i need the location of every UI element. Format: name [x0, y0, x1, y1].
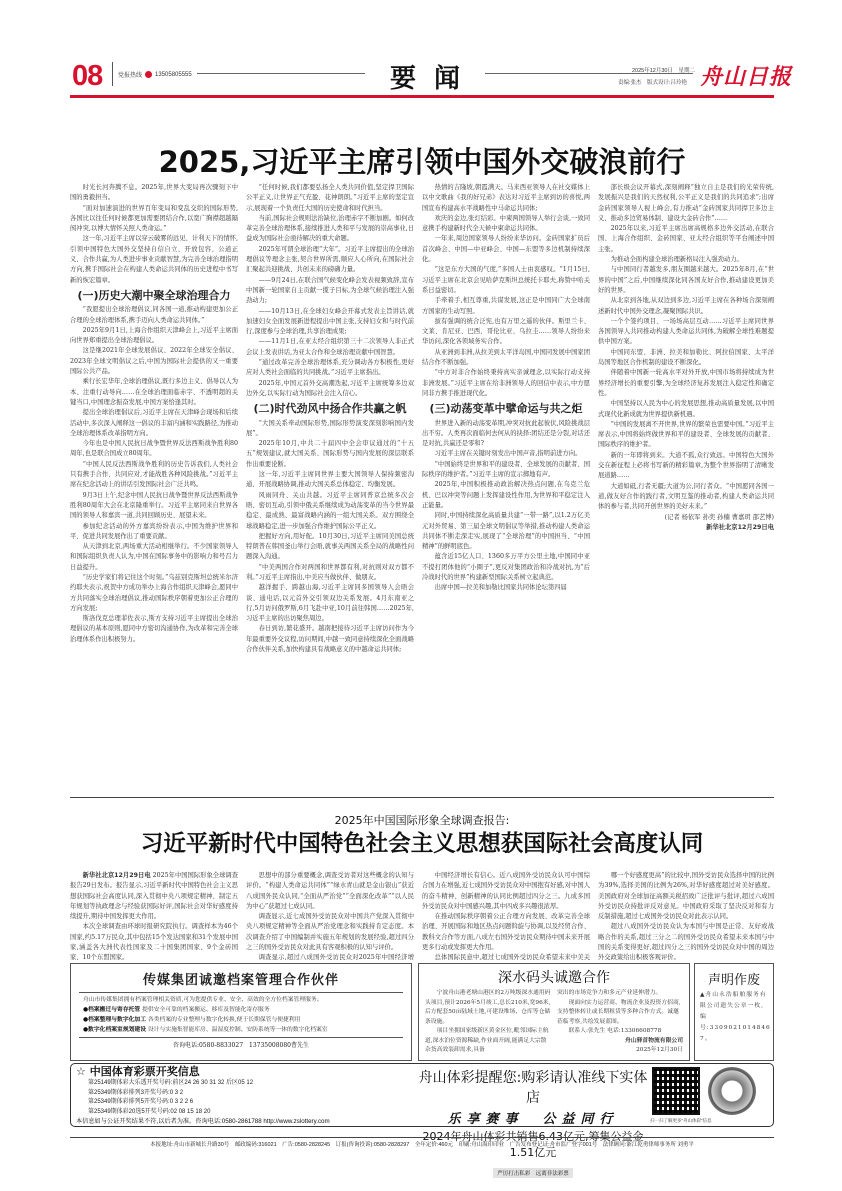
paragraph: 热情的吉隆坡,朝霞满天。马来西亚领导人在社交媒体上以中文歌曲《我的好兄弟》表达对…	[422, 183, 590, 214]
paragraph: 哪一个好感度更高”的比较中,国外受访民众选择中国的比例为39%,选择美国的比例为…	[598, 871, 774, 922]
archive-ad-title: 传媒集团诚邀档案管理合作伙伴	[71, 969, 411, 988]
archive-ad-contact: 咨询电话:0580-8833027 13735008080曹先生	[71, 1040, 411, 1049]
hotline-number: 13505805555	[155, 72, 192, 78]
paragraph: 同时,中国持续深化高质量共建“一带一路”,以1.2万亿美元对外贸易、第三届全球文…	[422, 511, 590, 552]
paragraph: ——11月1日,在亚太经合组织第三十二次领导人非正式会议上发表讲话,为亚太合作和…	[246, 337, 414, 358]
qr-caption: 扫一扫了解更多“舟山体彩”信息	[650, 1118, 712, 1124]
paragraph: 春日到访,繁花盛开。越南把接待习近平主席访问作为今年最重要外交议程,访问期间,中…	[246, 624, 414, 655]
archive-ad-item: ●档案整理与数字化加工 各类档案的专业整理与数字化转换,便于长期保管与便捷利用	[83, 1015, 399, 1025]
paragraph: “中国人民反法西斯战争胜利的历史告诉我们,人类社会只有携手合作、共同应对,才能战…	[70, 460, 238, 491]
mini-program-code-icon	[708, 1067, 756, 1115]
lottery-slogans: 舟山体彩提醒您:购彩请认准线下实体店 乐享赛事 公益同行 2024年舟山体彩共销…	[418, 1063, 648, 1179]
paragraph: 2025年,中国元首外交高潮迭起,习近平主席统筹多边双边外交,以实际行动为国际社…	[246, 379, 414, 400]
header-red-rule	[70, 95, 774, 98]
paragraph: 这一年,习近平主席以穿云破雾的远见、计利天下的情怀,引领中国特色大国外交坚持自信…	[70, 234, 238, 285]
article-divider	[70, 797, 774, 798]
lottery-slogan-4: 严厉打击私彩 远离非法彩票	[493, 1168, 573, 1178]
archive-ad-body: 舟山市传媒集团拥有档案管理相关资质,可为您提供专业、安全、高效的全方位档案管理服…	[79, 992, 403, 1038]
paragraph: 斯洛伐克总理菲佐表示,斯方支持习近平主席提出全球治理倡议的基本原则,愿同中方密切…	[70, 614, 238, 645]
paragraph: “中国始终是世界和平的建设者、全球发展的贡献者、国际秩序的维护者。”习近平主席的…	[422, 460, 590, 481]
paragraph: 乘行长宏华年,全球治理倡议,既行多边主义、倡导以人为本、注重行动导向……在全球治…	[70, 377, 238, 408]
paragraph: “任何时候,我们都要弘扬全人类共同价值,坚定捍卫国际公平正义,让世界正气充盈、花…	[246, 183, 414, 214]
paragraph: 2025年,中国积极推动政治解决热点问题,在乌克兰危机、巴以冲突等问题上发挥建设…	[422, 480, 590, 511]
paragraph: 总体国际民意中,超过七成国外受访民众希望未来中美关系“趋向缓和”或“保持现状”。…	[422, 953, 590, 961]
qr-code-icon	[652, 1067, 700, 1115]
wharf-ad-company: 舟山驿首物流有限公司	[557, 1037, 683, 1047]
lottery-footer: 本信息如与公证开奖结果不符,以后者为准。咨询电话:0580-2861788 ht…	[76, 1116, 330, 1125]
paragraph: 新华社北京12月29日电 2025年中国国际形象全球调查报告29日发布。报告显示…	[70, 871, 238, 922]
paragraph: 在推动国际秩序朝着公正合理方向发展、改革完善全球治理、开展国际和地区热点问题斡旋…	[422, 912, 590, 953]
paragraph: 出席中国—拉美和加勒比国家共同体论坛第四届	[422, 583, 590, 593]
paragraph: “面对加速演进的世界百年变局和变乱交织的国际形势,各国比以往任何时候都更加需要团…	[70, 204, 238, 235]
lottery-slogan-2: 乐享赛事 公益同行	[418, 1108, 648, 1127]
paragraph: 当前,国际社会规则法治缺位,治理赤字不断加剧。如何改革完善全球治理体系,接续推进…	[246, 214, 414, 245]
paragraph: 本次全球调查由环球时报研究院执行。调查样本为46个国家,约5.17万民众,其中包…	[70, 922, 238, 961]
section-heading: (一)历史大潮中聚全球治理合力	[70, 291, 238, 301]
paragraph: 为推动全面构建全球治理新格局注入强劲动力。	[598, 255, 774, 265]
article1-column-4: 部长级会议开幕式,深刻阐释“独立自主是我们的光荣传统,发展振兴是我们的天然权利,…	[598, 183, 774, 791]
section-heading: (三)动荡变革中擘命运与共之炬	[422, 404, 590, 414]
paragraph: 超过八成国外受访民众认为本国与中国是正常、友好或战略合作的关系,超过三分之二的国…	[598, 922, 774, 961]
paragraph: “历史学家们将记住这个时刻。”乌兹别克斯坦总统米尔济约耶夫表示,祝贺中方成功举办…	[70, 573, 238, 614]
article2-column-3: 中国经济增长有信心。近八成国外受访民众认可中国综合国力在增强,近七成国外受访民众…	[422, 871, 590, 961]
paragraph: 提出全球治理倡议后,习近平主席在天津峰会现场和后续活动中,多次深入阐释这一倡议的…	[70, 408, 238, 439]
section-heading: (二)时代劲风中扬合作共赢之帆	[246, 404, 414, 414]
paragraph: 一年来,周边国家领导人纷纷来华访问。金砖国家扩员后首次峰会、中国—中亚峰会、中国…	[422, 234, 590, 265]
archive-ad-item: ●数字化档案室规划建设 设计与实施集智能库房、温湿度控制、安防系统等一体的数字化…	[83, 1025, 399, 1035]
editor-credit: 责编:张杰 版式设计:吕玲艳	[618, 78, 687, 86]
paragraph: 9月3日上午,纪念中国人民抗日战争暨世界反法西斯战争胜利80周年大会在北京隆重举…	[70, 491, 238, 522]
article1-column-3: 热情的吉隆坡,朝霞满天。马来西亚领导人在社交媒体上以中文歌曲《我的好兄弟》表达对…	[422, 183, 590, 791]
article2-column-1: 新华社北京12月29日电 2025年中国国际形象全球调查报告29日发布。报告显示…	[70, 871, 238, 961]
paragraph: 2025年以来,习近平主席出席高规格多边外交活动,在联合国、上海合作组织、金砖国…	[598, 224, 774, 255]
lottery-slogan-1: 舟山体彩提醒您:购彩请认准线下实体店	[418, 1067, 648, 1107]
paragraph: 这是继2021年全球发展倡议、2022年全球安全倡议、2023年全球文明倡议之后…	[70, 346, 238, 377]
paragraph: 风雨同舟、关山共越。习近平主席同普京总统多次会晤、密切互动,引领中俄关系继续成为…	[246, 491, 414, 532]
paragraph: 今年也是中国人民抗日战争暨世界反法西斯战争胜利80周年,也是联合国成立80周年。	[70, 439, 238, 460]
paragraph: 中国坚持以人民为中心的发展思想,推动高质量发展,以中国式现代化新成就为世界提供新…	[598, 399, 774, 420]
lottery-result: 第25149期体彩大乐透开奖号码:前区24 26 30 31 32 后区05 1…	[88, 1079, 253, 1089]
archive-ad-intro: 舟山市传媒集团拥有档案管理相关资质,可为您提供专业、安全、高效的全方位档案管理服…	[83, 995, 399, 1005]
star-icon: ☆	[76, 1065, 90, 1078]
hotline: 党报热线 13505805555	[118, 70, 192, 79]
header-divider	[112, 62, 113, 86]
paragraph: 与中国同行者越发多,朋友圈越来越大。2025年8月,在“世界的中国”之后,中国继…	[598, 265, 774, 296]
article1-column-2: “任何时候,我们都要弘扬全人类共同价值,坚定捍卫国际公平正义,让世界正气充盈、花…	[246, 183, 414, 791]
paragraph: 新的一年即将到来。大道不孤,众行致远。中国特色大国外交在新征程上必将书写新的精彩…	[598, 451, 774, 482]
paragraph: 思想中的部分重要概念,调查受访者对这些概念的认知与评价。“构建人类命运共同体”“…	[246, 871, 414, 912]
paragraph: 时光长河奔腾不息。2025年,世界大变局再次骤刻下中国的勇毅担当。	[70, 183, 238, 204]
article-dateline: 新华社北京12月29日电	[598, 523, 774, 533]
paragraph: 从天津到北京,两场重大活动相继举行。不少国家领导人和国际组织负责人认为,中国在国…	[70, 542, 238, 573]
main-headline: 2025,习近平主席引领中国外交破浪前行	[70, 140, 774, 181]
footer-rule	[70, 1137, 774, 1138]
void-notice-body: ▲舟山永浩船舶服务有限公司遗失公章一枚,编号:3309021014846​7。	[695, 988, 773, 1047]
paragraph: 2025年可谓全球治理“大年”。习近平主席提出的全球治理倡议等理念主张,契合世界…	[246, 245, 414, 276]
section-title: 要闻	[390, 58, 478, 95]
paragraph: 手牵着手,相互尊重,共谋发展,这正是中国同广大全球南方国家的生动写照。	[422, 296, 590, 317]
paragraph: 调查显示,超过八成国外受访民众对2025年中国经济增长给予积极评价。近九成受访者…	[246, 953, 414, 961]
phone-icon	[145, 71, 152, 78]
article1-column-1: 时光长河奔腾不息。2025年,世界大变局再次骤刻下中国的勇毅担当。 “面对加速演…	[70, 183, 238, 791]
hotline-label: 党报热线	[118, 70, 142, 79]
issue-date: 2025年12月30日 星期二	[632, 66, 695, 74]
imprint-footer: 本报地址:舟山市新城长升路30号 邮政编码:316021 广告:0580-282…	[70, 1140, 774, 1148]
article2-column-2: 思想中的部分重要概念,调查受访者对这些概念的认知与评价。“构建人类命运共同体”“…	[246, 871, 414, 961]
paragraph: “中国的发展离不开世界,世界的繁荣也需要中国。”习近平主席表示,中国将始终做世界…	[598, 420, 774, 451]
void-notice-title: 声明作废	[695, 969, 773, 988]
paragraph: 中国经济增长有信心。近八成国外受访民众认可中国综合国力在增强,近七成国外受访民众…	[422, 871, 590, 912]
lottery-results: 第25149期体彩大乐透开奖号码:前区24 26 30 31 32 后区05 1…	[88, 1079, 253, 1117]
void-notice: 声明作废 ▲舟山永浩船舶服务有限公司遗失公章一枚,编号:330902101484…	[694, 963, 774, 1061]
paragraph: 拔有强调的统合泛宪,也有万里之遥的伙伴。斯里兰卡、文莱、肯尼亚、巴西、哥伦比亚、…	[422, 317, 590, 348]
wharf-ad-title: 深水码头诚邀合作	[419, 967, 689, 987]
paragraph: “中方对非合作始终秉持真实亲诚理念,以实际行动支持非洲发展。”习近平主席在给非洲…	[422, 368, 590, 399]
paragraph: 2025年10月,中共二十届四中全会审议通过的“十五五”规划建议,就大国关系、国…	[246, 439, 414, 470]
page-number: 08	[72, 60, 102, 93]
paragraph: 越洋握手、跨越山海,习近平主席同多国领导人会晤会谈、通电话,以元首外交引领双边关…	[246, 583, 414, 624]
paragraph: ——10月13日,在全球妇女峰会开幕式发表主旨讲话,就加速妇女全面发展新进程提出…	[246, 307, 414, 338]
paragraph: 这一年,习近平主席同世界主要大国领导人保持频密沟通、开展战略协调,推动大国关系总…	[246, 470, 414, 491]
paragraph: 世界进入新的动荡变革期,冲突对抗此起彼伏,风险挑战层出不穷。人类再次面临何去何从…	[422, 419, 590, 450]
wharf-ad: 深水码头诚邀合作 宁波舟山港老塘山港区的2万吨级深水通用码头项目,预计2026年…	[418, 963, 690, 1061]
paragraph: 欢庆的金边,张灯结彩。中柬两国领导人举行会谈,一致同意携手构建新时代全天候中柬命…	[422, 214, 590, 235]
paragraph: 从亚洲到非洲,从拉美到太平洋岛国,中国同发展中国家团结合作不断加强。	[422, 348, 590, 369]
paragraph: 调查显示,近七成国外受访民众对中国共产党深入贯彻中央八项规定精神等全面从严治党理…	[246, 912, 414, 953]
header-rule-left	[197, 73, 365, 74]
paragraph: “这是东方大国的气度,”多国人士由衷感叹。“1月15日,习近平主席在北京会见哈萨…	[422, 265, 590, 296]
reporter-byline: (记者 杨依军 孙奕 孙楠 曹嘉玥 邵艺博)	[598, 513, 774, 523]
paragraph: 2025年9月1日,上海合作组织天津峰会上,习近平主席面向世界郑重提出全球治理倡…	[70, 326, 238, 347]
paragraph: 参加纪念活动的外方嘉宾纷纷表示,中国为维护世界和平、促进共同发展作出了重要贡献。	[70, 522, 238, 543]
paragraph: 习近平主席在关键时刻发出中国声音,指明前进方向。	[422, 449, 590, 459]
paragraph: 伴随着中国新一轮高水平对外开放,中国市场将持续成为世界经济增长的重要引擎,为全球…	[598, 368, 774, 399]
paragraph: 从北京到各地,从双边到多边,习近平主席在各种场合深刻阐述新时代中国外交理念,凝聚…	[598, 296, 774, 317]
paragraph: 把握好方向,用好舵。10月30日,习近平主席同美国总统特朗普在韩国釜山举行会晤,…	[246, 532, 414, 563]
article2-column-4: 哪一个好感度更高”的比较中,国外受访民众选择中国的比例为39%,选择美国的比例为…	[598, 871, 774, 961]
lottery-result: 第25349期体彩排列3开奖号码:0 3 2	[88, 1089, 253, 1099]
paragraph: 大道如砥,行者无疆;大道为公,同行者众。“中国愿同各国一道,做友好合作的践行者,…	[598, 482, 774, 513]
paragraph: 中国同东盟、非洲、拉美和加勒比、阿拉伯国家、太平洋岛国等地区合作机制的建设不断深…	[598, 348, 774, 369]
wharf-ad-date: 2025年12月30日	[557, 1046, 683, 1056]
masthead-logo: 舟山日报	[700, 60, 792, 91]
paragraph: 一个个签约项目、一场场高层互动……习近平主席同世界各国领导人共同推动构建人类命运…	[598, 317, 774, 348]
article2-headline: 习近平新时代中国特色社会主义思想获国际社会高度认同	[70, 826, 774, 858]
paragraph: “我愿提出全球治理倡议,同各国一道,推动构建更加公正合理的全球治理体系,携手迈向…	[70, 305, 238, 326]
archive-ad-item: ●档案搬迁与寄存托管 提供安全可靠的档案搬运、移库及智能化寄存服务	[83, 1005, 399, 1015]
paragraph: “通过改革完善全球治理体系,充分调动各方积极性,更好应对人类社会面临的共同挑战。…	[246, 358, 414, 379]
wharf-ad-body: 宁波舟山港老塘山港区的2万吨级深水通用码头项目,预计2026年5月竣工,总长21…	[419, 987, 689, 1058]
archive-ad: 传媒集团诚邀档案管理合作伙伴 舟山市传媒集团拥有档案管理相关资质,可为您提供专业…	[70, 963, 412, 1061]
paragraph: 部长级会议开幕式,深刻阐释“独立自主是我们的光荣传统,发展振兴是我们的天然权利,…	[598, 183, 774, 224]
paragraph: 蕴含近15亿人口、1360多万平方公里土地,中国同中亚不提打团体他的“小圈子”,…	[422, 552, 590, 583]
paragraph: “中美两国合作对两国和世界都有利,对抗则对双方都不利。”习近平主席指出,中美应当…	[246, 563, 414, 584]
lottery-link[interactable]: http://www.zslottery.com	[263, 1118, 329, 1125]
lottery-title: ☆ 中国体育彩票开奖信息	[76, 1063, 200, 1079]
paragraph: ——9月24日,在联合国气候变化峰会发表视频致辞,宣布中国新一轮国家自主贡献一揽…	[246, 276, 414, 307]
lottery-result: 第25349期体彩排列5开奖号码:0 3 2 2 6	[88, 1098, 253, 1108]
paragraph: “大国关系牵动国际形势,国际形势演变深刻影响国内发展”。	[246, 419, 414, 440]
